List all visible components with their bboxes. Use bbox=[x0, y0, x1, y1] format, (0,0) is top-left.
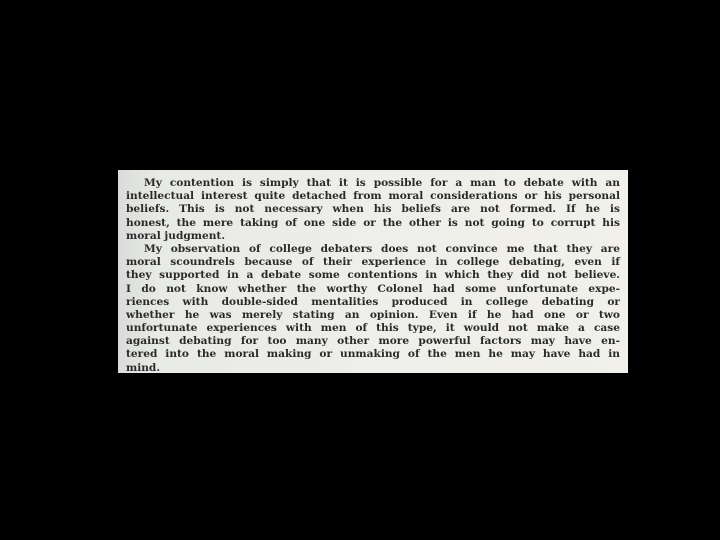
scanned-document-page: My contention is simply that it is possi… bbox=[118, 170, 628, 373]
screen: My contention is simply that it is possi… bbox=[0, 0, 720, 540]
text-line: My observation of college debaters does … bbox=[126, 243, 620, 256]
text-line: beliefs. This is not necessary when his … bbox=[126, 203, 620, 216]
text-line: against debating for too many other more… bbox=[126, 335, 620, 348]
paragraph-2: My observation of college debaters does … bbox=[126, 243, 620, 375]
text-line: riences with double-sided mentalities pr… bbox=[126, 296, 620, 309]
document-text: My contention is simply that it is possi… bbox=[126, 177, 620, 375]
text-line: they supported in a debate some contenti… bbox=[126, 269, 620, 282]
text-line: moral scoundrels because of their experi… bbox=[126, 256, 620, 269]
text-line: honest, the mere taking of one side or t… bbox=[126, 217, 620, 230]
text-line: intellectual interest quite detached fro… bbox=[126, 190, 620, 203]
text-line: moral judgment. bbox=[126, 230, 620, 243]
text-line: tered into the moral making or unmaking … bbox=[126, 348, 620, 361]
text-line: mind. bbox=[126, 362, 620, 375]
text-line: My contention is simply that it is possi… bbox=[126, 177, 620, 190]
text-line: whether he was merely stating an opinion… bbox=[126, 309, 620, 322]
paragraph-1: My contention is simply that it is possi… bbox=[126, 177, 620, 243]
text-line: I do not know whether the worthy Colonel… bbox=[126, 283, 620, 296]
text-line: unfortunate experiences with men of this… bbox=[126, 322, 620, 335]
